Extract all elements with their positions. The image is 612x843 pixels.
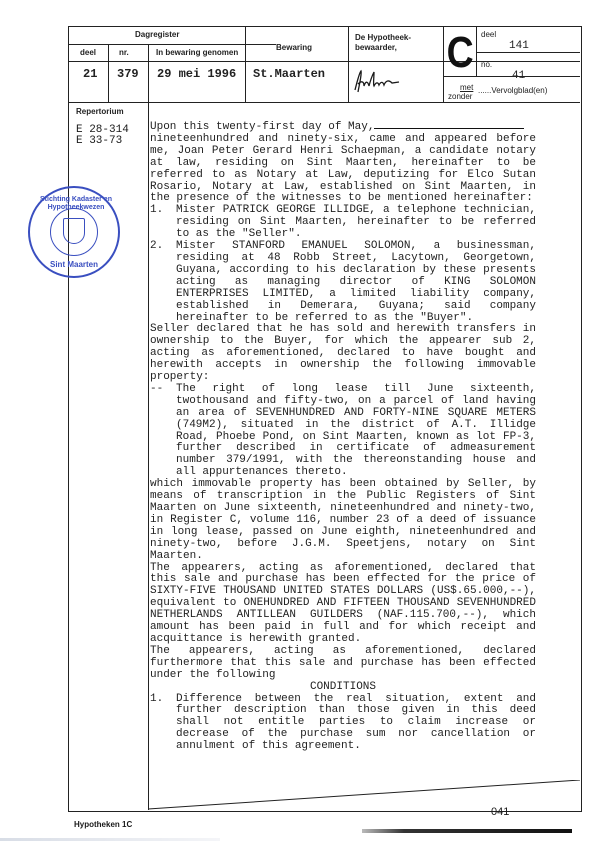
header-divider	[68, 61, 580, 62]
signature-icon	[352, 68, 402, 94]
coat-of-arms-icon	[63, 218, 85, 244]
header-divider	[476, 26, 477, 76]
condition-item: 1. Difference between the real situation…	[150, 694, 536, 754]
price-paragraph: The appearers, acting as aforementioned,…	[150, 563, 536, 646]
stamp-text-bottom: Sint Maarten	[50, 260, 98, 269]
vervolgblad-label: ......Vervolgblad(en)	[478, 86, 547, 95]
in-bewaring-label: In bewaring genomen	[156, 48, 238, 57]
register-deel-label: deel	[481, 30, 496, 39]
margin-divider	[148, 102, 149, 810]
intro-paragraph: nineteenhundred and ninety-six, came and…	[150, 134, 536, 205]
header-divider	[245, 26, 246, 102]
deel-value: 21	[83, 67, 97, 81]
deed-body: Upon this twenty-first day of May, ninet…	[150, 122, 536, 753]
party-buyer-text: Mister STANFORD EMANUEL SOLOMON, a busin…	[176, 241, 536, 324]
repertorium-entry: E 33-73	[76, 136, 122, 147]
hypotheek-label-1: De Hypotheek-	[355, 33, 411, 42]
register-letter: C	[447, 33, 466, 73]
party-item: 2. Mister STANFORD EMANUEL SOLOMON, a bu…	[150, 241, 536, 324]
header-divider	[148, 44, 149, 102]
hypotheek-label-2: bewaarder,	[355, 43, 397, 52]
register-no-label: no.	[481, 60, 492, 69]
header-divider	[68, 102, 580, 103]
header-divider	[348, 26, 349, 102]
bewaring-value: St.Maarten	[253, 67, 325, 81]
scan-artifact	[362, 829, 572, 833]
bewaring-label: Bewaring	[276, 43, 312, 52]
register-deel-value: 141	[509, 40, 529, 52]
repertorium-label: Repertorium	[76, 107, 124, 116]
declaration-paragraph: Seller declared that he has sold and her…	[150, 324, 536, 384]
party-seller-text: Mister PATRICK GEORGE ILLIDGE, a telepho…	[176, 205, 536, 241]
scan-edge	[0, 838, 220, 841]
property-item: -- The right of long lease till June six…	[150, 384, 536, 479]
furthermore-paragraph: The appearers, acting as aforementioned,…	[150, 646, 536, 682]
register-no-value: 41	[512, 70, 525, 82]
dagregister-label: Dagregister	[135, 30, 179, 39]
stamp-text-top: Stichting Kadaster en Hypotheekwezen	[36, 196, 116, 212]
deel-label: deel	[80, 48, 96, 57]
property-text: The right of long lease till June sixtee…	[176, 384, 536, 479]
nr-label: nr.	[119, 48, 129, 57]
nr-value: 379	[117, 67, 139, 81]
conditions-heading: CONDITIONS	[150, 682, 536, 694]
official-stamp: Stichting Kadaster en Hypotheekwezen Sin…	[28, 186, 120, 278]
closing-line	[148, 780, 580, 810]
party-item: 1. Mister PATRICK GEORGE ILLIDGE, a tele…	[150, 205, 536, 241]
zonder-label: zonder	[448, 92, 472, 101]
header-divider	[108, 44, 109, 102]
obtained-paragraph: which immovable property has been obtain…	[150, 479, 536, 562]
form-label: Hypotheken 1C	[74, 820, 132, 829]
header-divider	[476, 52, 580, 53]
in-bewaring-value: 29 mei 1996	[157, 67, 236, 81]
header-divider	[443, 26, 444, 102]
page-number: 041	[491, 806, 509, 818]
condition-text: Difference between the real situation, e…	[176, 694, 536, 754]
met-label: met	[460, 83, 473, 92]
